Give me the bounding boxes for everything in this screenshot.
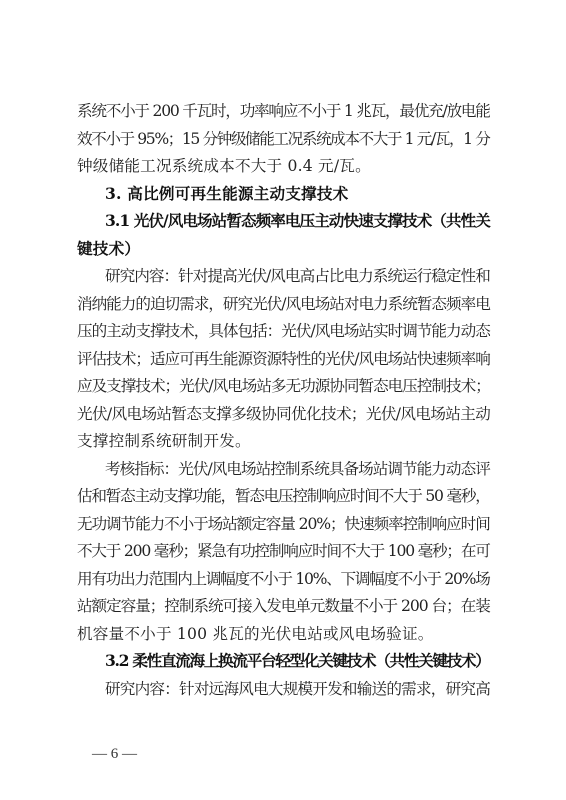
section-heading-line: 3.1 光伏/风电场站暂态频率电压主动快速支撑技术（共性关: [105, 211, 491, 231]
section-heading-line: 3.2 柔性直流海上换流平台轻型化关键技术（共性关键技术）: [105, 651, 491, 671]
paragraph-line: 消纳能力的迫切需求，研究光伏/风电场站对电力系统暂态频率电: [77, 294, 491, 314]
paragraph-line: 系统不小于 200 千瓦时，功率响应不小于 1 兆瓦，最优充/放电能: [77, 101, 491, 121]
paragraph-line: 站额定容量；控制系统可接入发电单元数量不小于 200 台；在装: [77, 596, 491, 616]
paragraph-line: 研究内容：针对远海风电大规模开发和输送的需求，研究高: [105, 679, 491, 699]
paragraph-line: 支撑控制系统研制开发。: [77, 431, 491, 451]
paragraph-line: 钟级储能工况系统成本不大于 0.4 元/瓦。: [77, 156, 491, 176]
section-heading-line: 3. 高比例可再生能源主动支撑技术: [105, 184, 491, 204]
paragraph-line: 用有功出力范围内上调幅度不小于 10%、下调幅度不小于 20%场: [77, 569, 491, 589]
paragraph-line: 考核指标：光伏/风电场站控制系统具备场站调节能力动态评: [105, 459, 491, 479]
page-number: — 6 —: [92, 746, 137, 763]
paragraph-line: 研究内容：针对提高光伏/风电高占比电力系统运行稳定性和: [105, 266, 491, 286]
section-heading-line: 键技术）: [77, 239, 491, 259]
paragraph-line: 机容量不小于 100 兆瓦的光伏电站或风电场验证。: [77, 624, 491, 644]
paragraph-line: 不大于 200 毫秒；紧急有功控制响应时间不大于 100 毫秒；在可: [77, 541, 491, 561]
paragraph-line: 效不小于 95%；15 分钟级储能工况系统成本不大于 1 元/瓦，1 分: [77, 129, 491, 149]
paragraph-line: 估和暂态主动支撑功能，暂态电压控制响应时间不大于 50 毫秒，: [77, 486, 491, 506]
paragraph-line: 无功调节能力不小于场站额定容量 20%；快速频率控制响应时间: [77, 514, 491, 534]
document-page: 系统不小于 200 千瓦时，功率响应不小于 1 兆瓦，最优充/放电能效不小于 9…: [0, 0, 566, 800]
paragraph-line: 压的主动支撑技术，具体包括：光伏/风电场站实时调节能力动态: [77, 321, 491, 341]
paragraph-line: 光伏/风电场站暂态支撑多级协同优化技术；光伏/风电场站主动: [77, 404, 491, 424]
paragraph-line: 应及支撑技术；光伏/风电场站多无功源协同暂态电压控制技术；: [77, 376, 491, 396]
paragraph-line: 评估技术；适应可再生能源资源特性的光伏/风电场站快速频率响: [77, 349, 491, 369]
